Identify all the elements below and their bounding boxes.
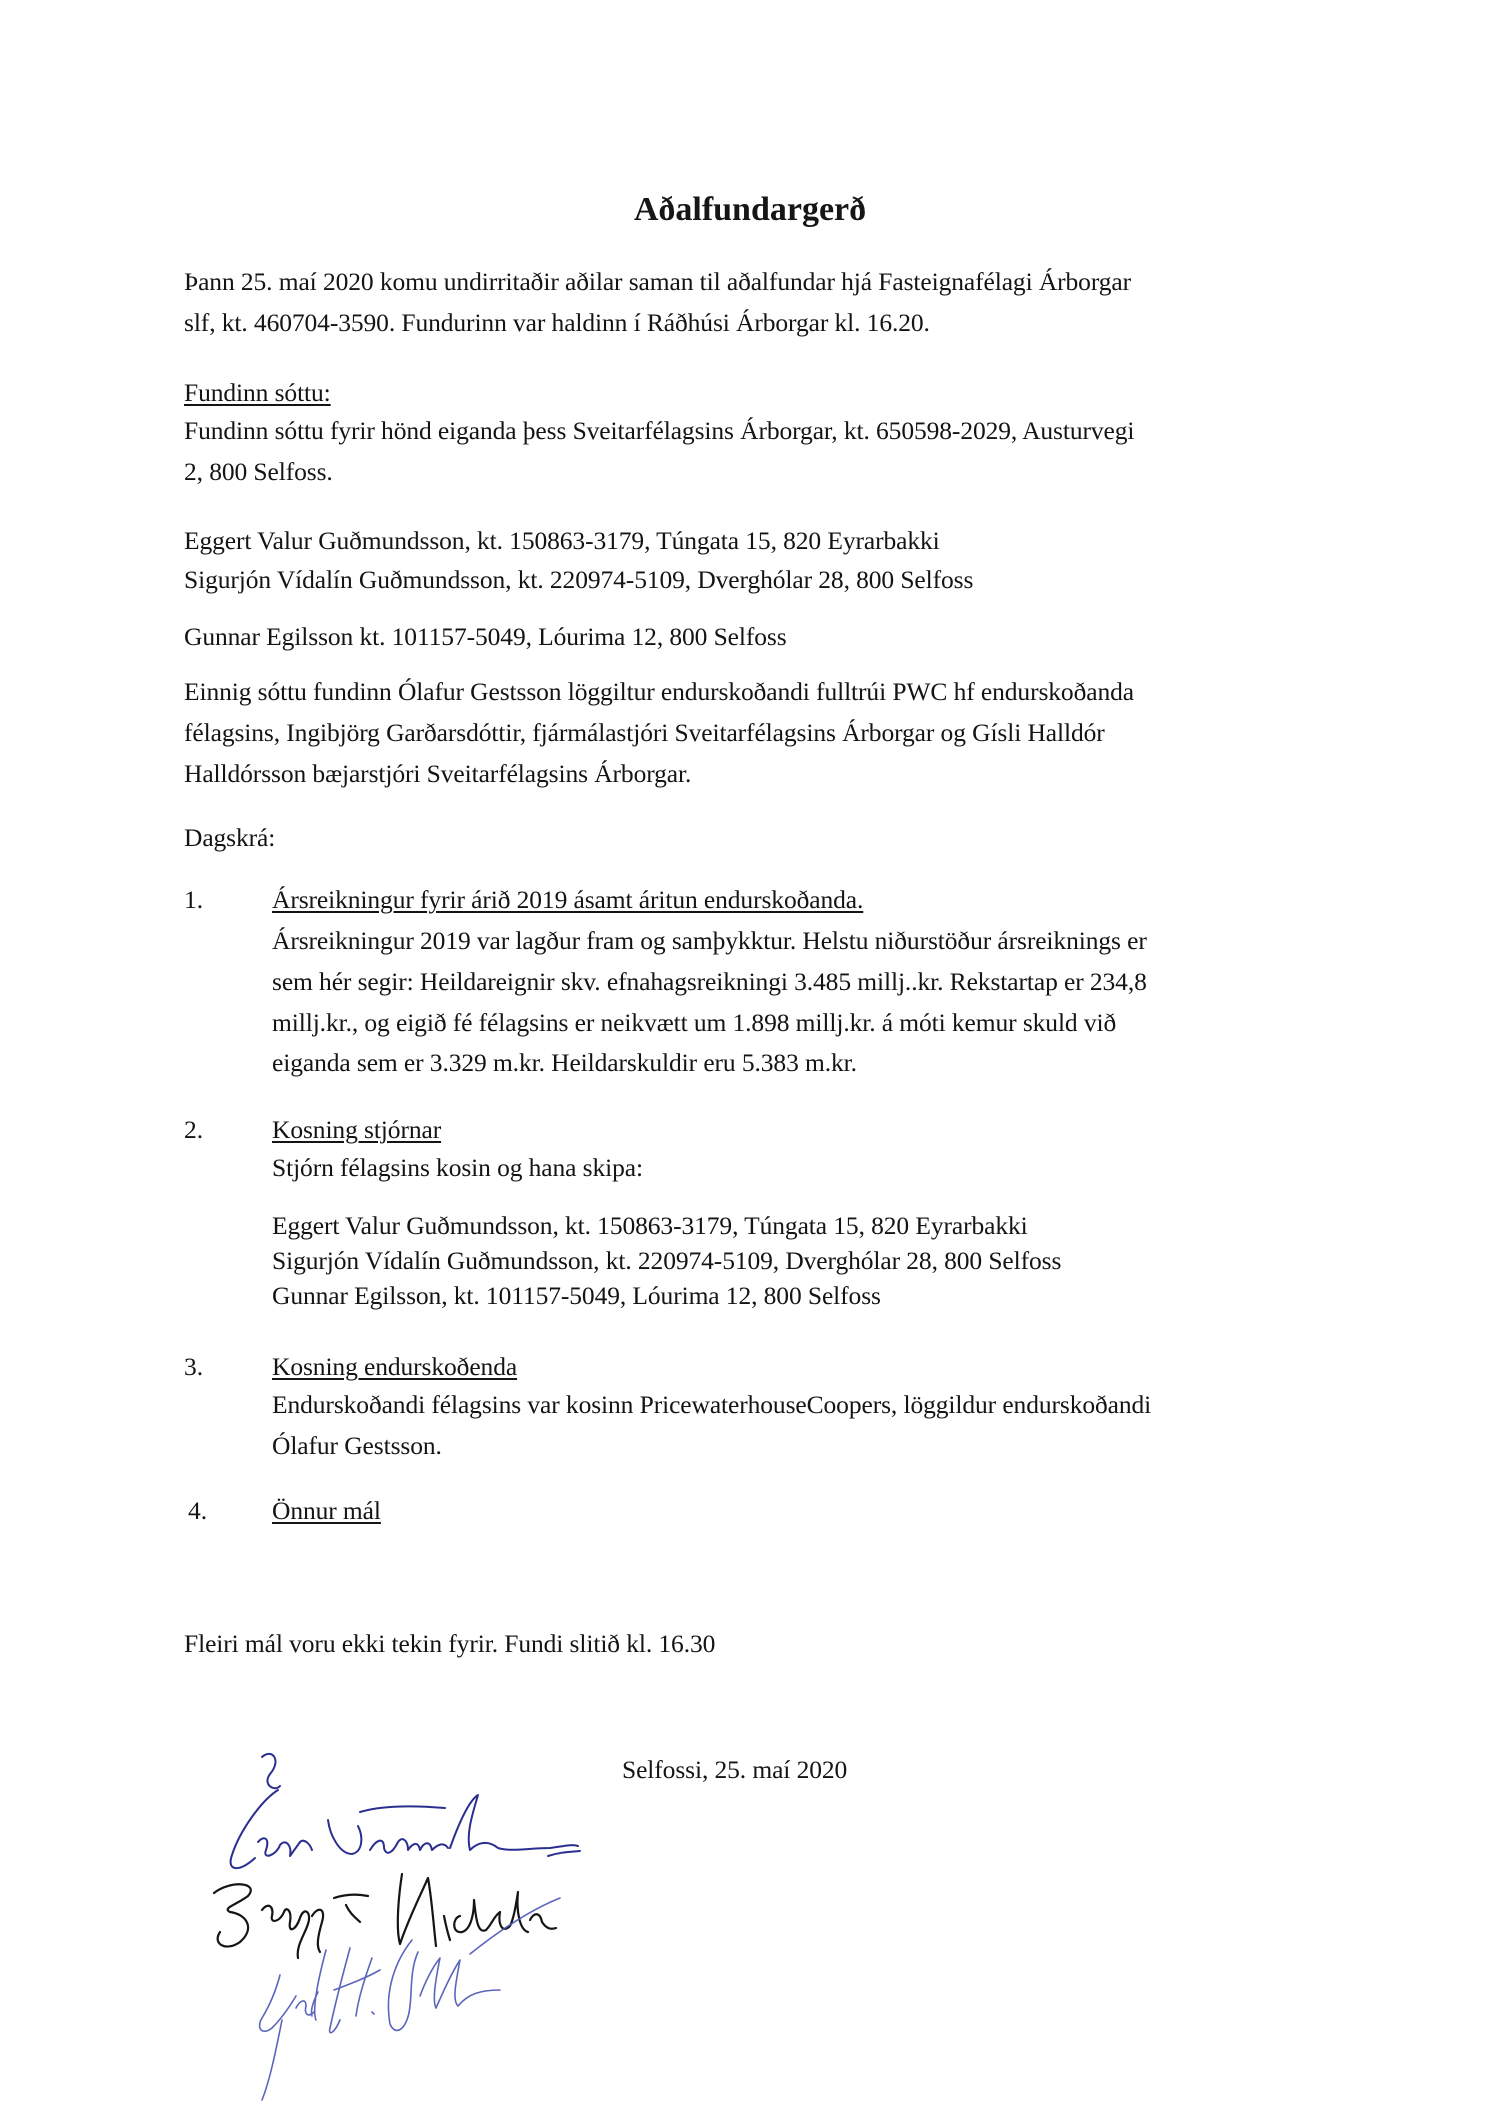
agenda-item-number: 3. [184, 1350, 203, 1384]
closing-statement: Fleiri mál voru ekki tekin fyrir. Fundi … [184, 1627, 715, 1661]
agenda-item-heading: Ársreikningur fyrir árið 2019 ásamt árit… [272, 883, 863, 917]
other-attendees-line: Halldórsson bæjarstjóri Sveitarfélagsins… [184, 757, 691, 791]
agenda-item-text: Stjórn félagsins kosin og hana skipa: [272, 1151, 643, 1185]
intro-line: Þann 25. maí 2020 komu undirritaðir aðil… [184, 265, 1131, 299]
agenda-item-text: Endurskoðandi félagsins var kosinn Price… [272, 1388, 1151, 1422]
agenda-item-text: millj.kr., og eigið fé félagsins er neik… [272, 1006, 1116, 1040]
attendee-member: Eggert Valur Guðmundsson, kt. 150863-317… [184, 524, 940, 558]
attendance-heading: Fundinn sóttu: [184, 376, 331, 410]
document-page: Aðalfundargerð Þann 25. maí 2020 komu un… [0, 0, 1500, 2122]
agenda-item-heading: Kosning endurskoðenda [272, 1350, 517, 1384]
board-member: Gunnar Egilsson, kt. 101157-5049, Lóurim… [272, 1279, 881, 1313]
agenda-item-text: sem hér segir: Heildareignir skv. efnaha… [272, 965, 1147, 999]
signature-gisli [260, 1898, 560, 2100]
agenda-label: Dagskrá: [184, 821, 275, 855]
signature-sigurjon [214, 1874, 556, 1958]
signature-eggert [231, 1754, 580, 1868]
agenda-item-heading: Önnur mál [272, 1494, 381, 1528]
agenda-item-heading: Kosning stjórnar [272, 1113, 441, 1147]
document-title: Aðalfundargerð [0, 188, 1500, 232]
place-and-date: Selfossi, 25. maí 2020 [622, 1753, 847, 1787]
other-attendees-line: félagsins, Ingibjörg Garðarsdóttir, fjár… [184, 716, 1105, 750]
agenda-item-text: eiganda sem er 3.329 m.kr. Heildarskuldi… [272, 1046, 857, 1080]
agenda-item-text: Ólafur Gestsson. [272, 1429, 442, 1463]
board-member: Sigurjón Vídalín Guðmundsson, kt. 220974… [272, 1244, 1061, 1278]
agenda-item-number: 1. [184, 883, 203, 917]
attendee-member: Sigurjón Vídalín Guðmundsson, kt. 220974… [184, 563, 973, 597]
agenda-item-number: 2. [184, 1113, 203, 1147]
attendee-member: Gunnar Egilsson kt. 101157-5049, Lóurima… [184, 620, 787, 654]
agenda-item-text: Ársreikningur 2019 var lagður fram og sa… [272, 924, 1147, 958]
other-attendees-line: Einnig sóttu fundinn Ólafur Gestsson lög… [184, 675, 1134, 709]
intro-line: slf, kt. 460704-3590. Fundurinn var hald… [184, 306, 930, 340]
agenda-item-number: 4. [188, 1494, 207, 1528]
owner-line: Fundinn sóttu fyrir hönd eiganda þess Sv… [184, 414, 1134, 448]
owner-line: 2, 800 Selfoss. [184, 455, 333, 489]
board-member: Eggert Valur Guðmundsson, kt. 150863-317… [272, 1209, 1028, 1243]
